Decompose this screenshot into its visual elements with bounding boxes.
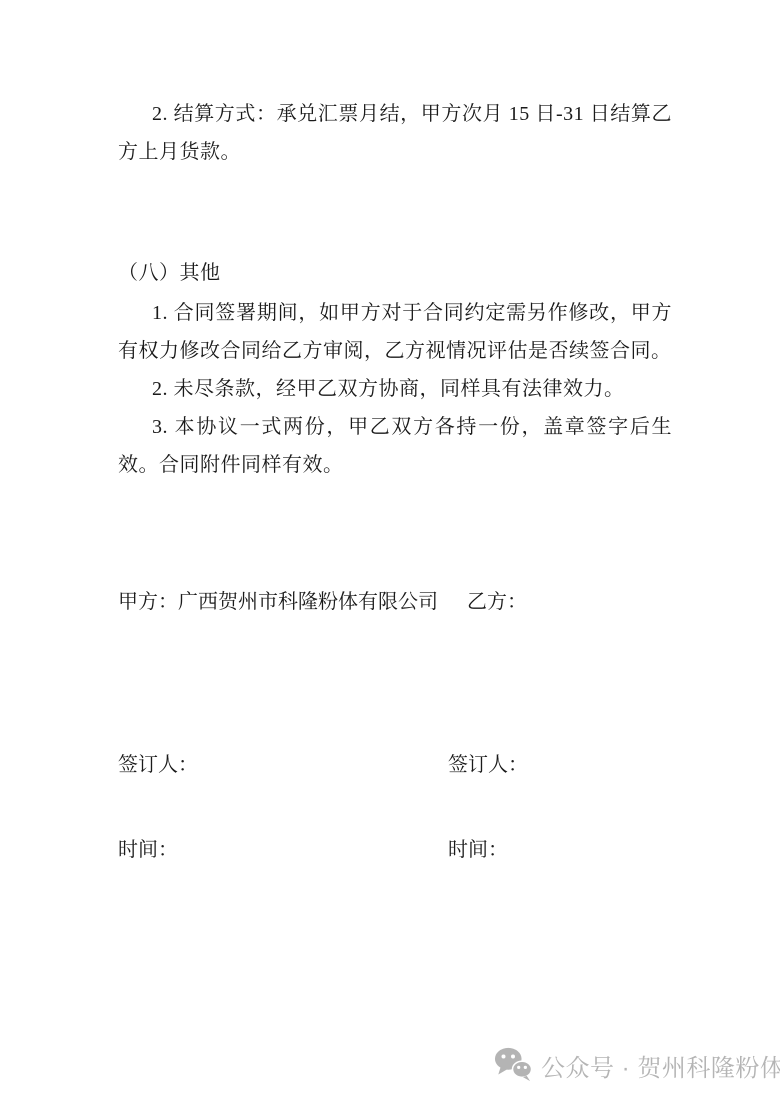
party-row: 甲方：广西贺州市科隆粉体有限公司 乙方： bbox=[118, 583, 672, 621]
watermark: 公众号 · 贺州科隆粉体 bbox=[494, 1046, 780, 1084]
signer-right-label: 签订人： bbox=[448, 746, 528, 784]
party-a-label: 甲方：广西贺州市科隆粉体有限公司 bbox=[118, 591, 438, 613]
date-right-label: 时间： bbox=[448, 831, 508, 869]
signer-left-label: 签订人： bbox=[118, 754, 198, 776]
document-content: 2. 结算方式：承兑汇票月结，甲方次月 15 日-31 日结算乙方上月货款。 （… bbox=[0, 0, 780, 869]
other-clause-1: 1. 合同签署期间，如甲方对于合同约定需另作修改，甲方有权力修改合同给乙方审阅，… bbox=[118, 294, 672, 370]
document-page: 2. 结算方式：承兑汇票月结，甲方次月 15 日-31 日结算乙方上月货款。 （… bbox=[0, 0, 780, 1102]
other-clause-2: 2. 未尽条款，经甲乙双方协商，同样具有法律效力。 bbox=[118, 370, 672, 408]
date-row: 时间： 时间： bbox=[118, 831, 672, 869]
party-b-label: 乙方： bbox=[467, 583, 527, 621]
wechat-icon bbox=[494, 1046, 532, 1084]
section-heading: （八）其他 bbox=[118, 254, 672, 292]
watermark-text: 公众号 · 贺州科隆粉体 bbox=[541, 1048, 780, 1083]
other-clause-3: 3. 本协议一式两份，甲乙双方各持一份，盖章签字后生效。合同附件同样有效。 bbox=[118, 408, 672, 484]
settlement-paragraph: 2. 结算方式：承兑汇票月结，甲方次月 15 日-31 日结算乙方上月货款。 bbox=[118, 95, 672, 171]
date-left-label: 时间： bbox=[118, 839, 178, 861]
signer-row: 签订人： 签订人： bbox=[118, 746, 672, 784]
